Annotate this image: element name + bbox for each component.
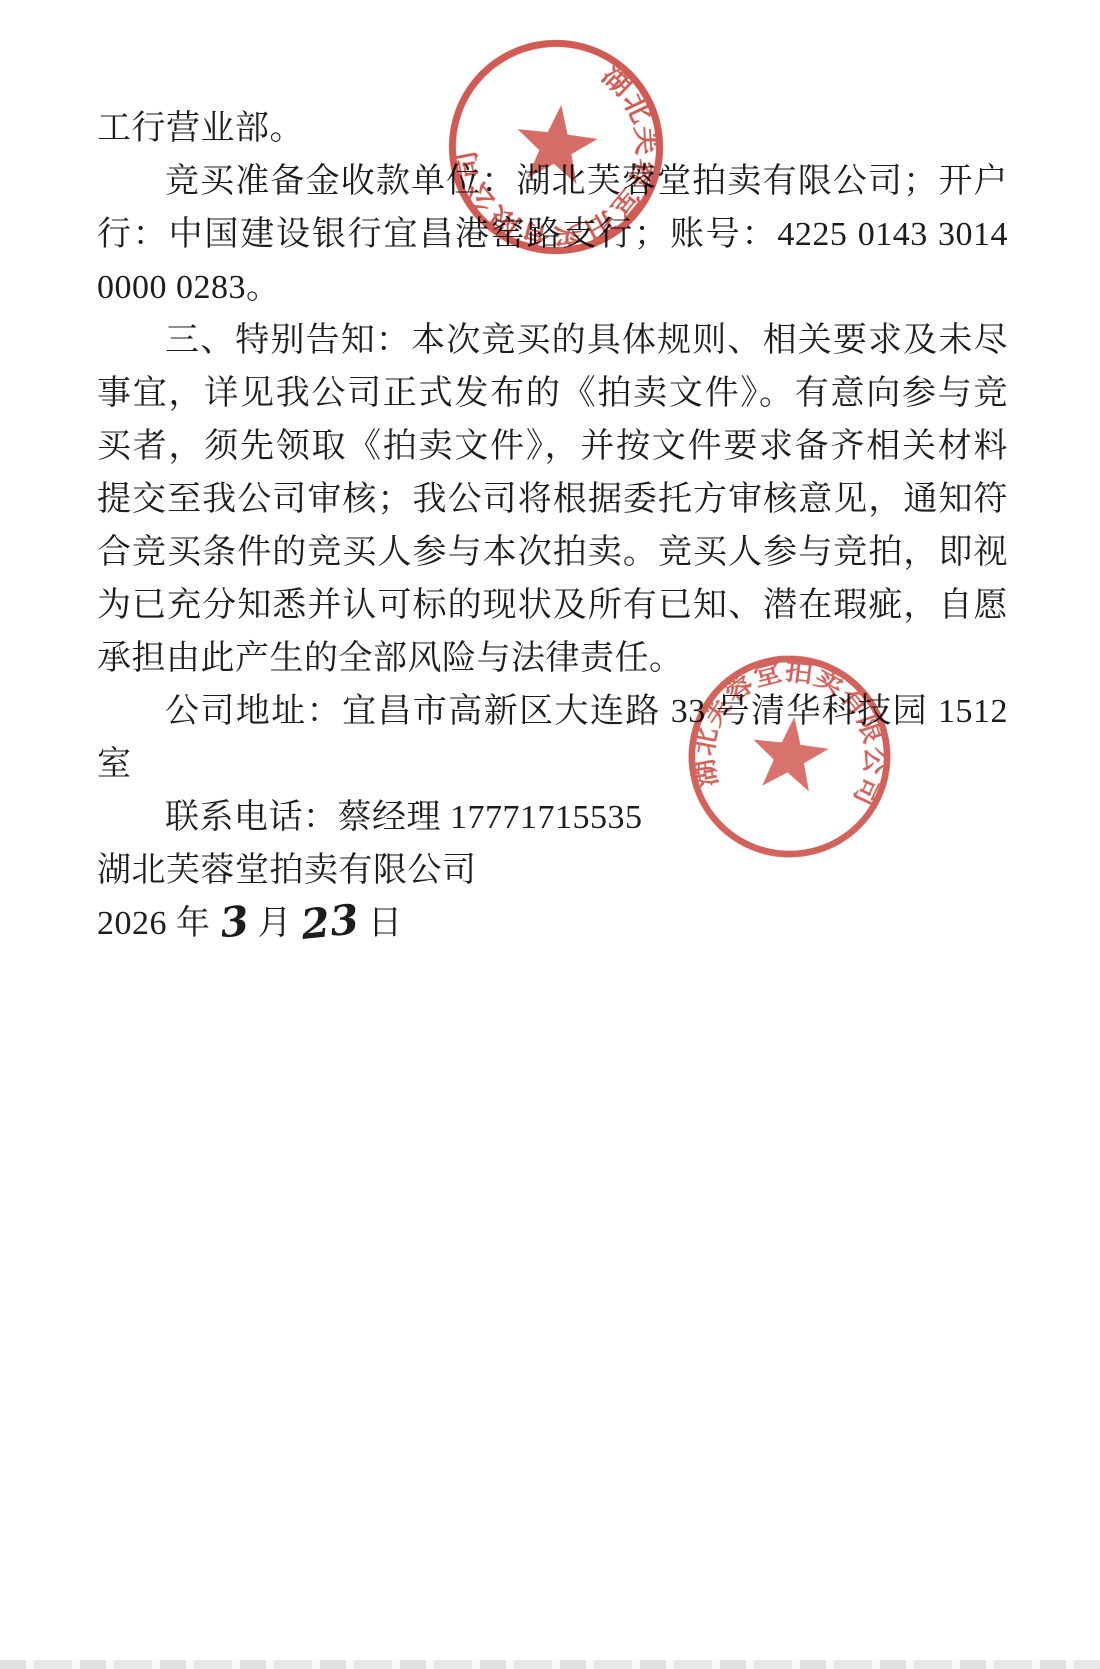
scanner-edge-artifact — [0, 1660, 1100, 1669]
date-day-label: 日 — [368, 905, 403, 942]
special-notice-paragraph: 三、特别告知：本次竞买的具体规则、相关要求及未尽事宜，详见我公司正式发布的《拍卖… — [97, 314, 1008, 685]
red-seal-stamp-bottom: 湖北芙蓉堂拍卖有限公司 — [671, 638, 908, 875]
seal-icon: 湖北芙蓉堂拍卖有限公司 — [671, 638, 908, 875]
date-year: 2026 年 — [97, 905, 211, 942]
document-page: 工行营业部。 竞买准备金收款单位：湖北芙蓉堂拍卖有限公司；开户行：中国建设银行宜… — [0, 0, 1100, 1669]
signature-date-line: 2026 年 3 月 23 日 — [97, 897, 1008, 950]
date-month-label: 月 — [258, 905, 293, 942]
star-icon — [748, 712, 832, 793]
date-day-handwritten: 23 — [299, 899, 361, 946]
date-month-handwritten: 3 — [218, 901, 251, 945]
star-icon — [504, 97, 612, 203]
